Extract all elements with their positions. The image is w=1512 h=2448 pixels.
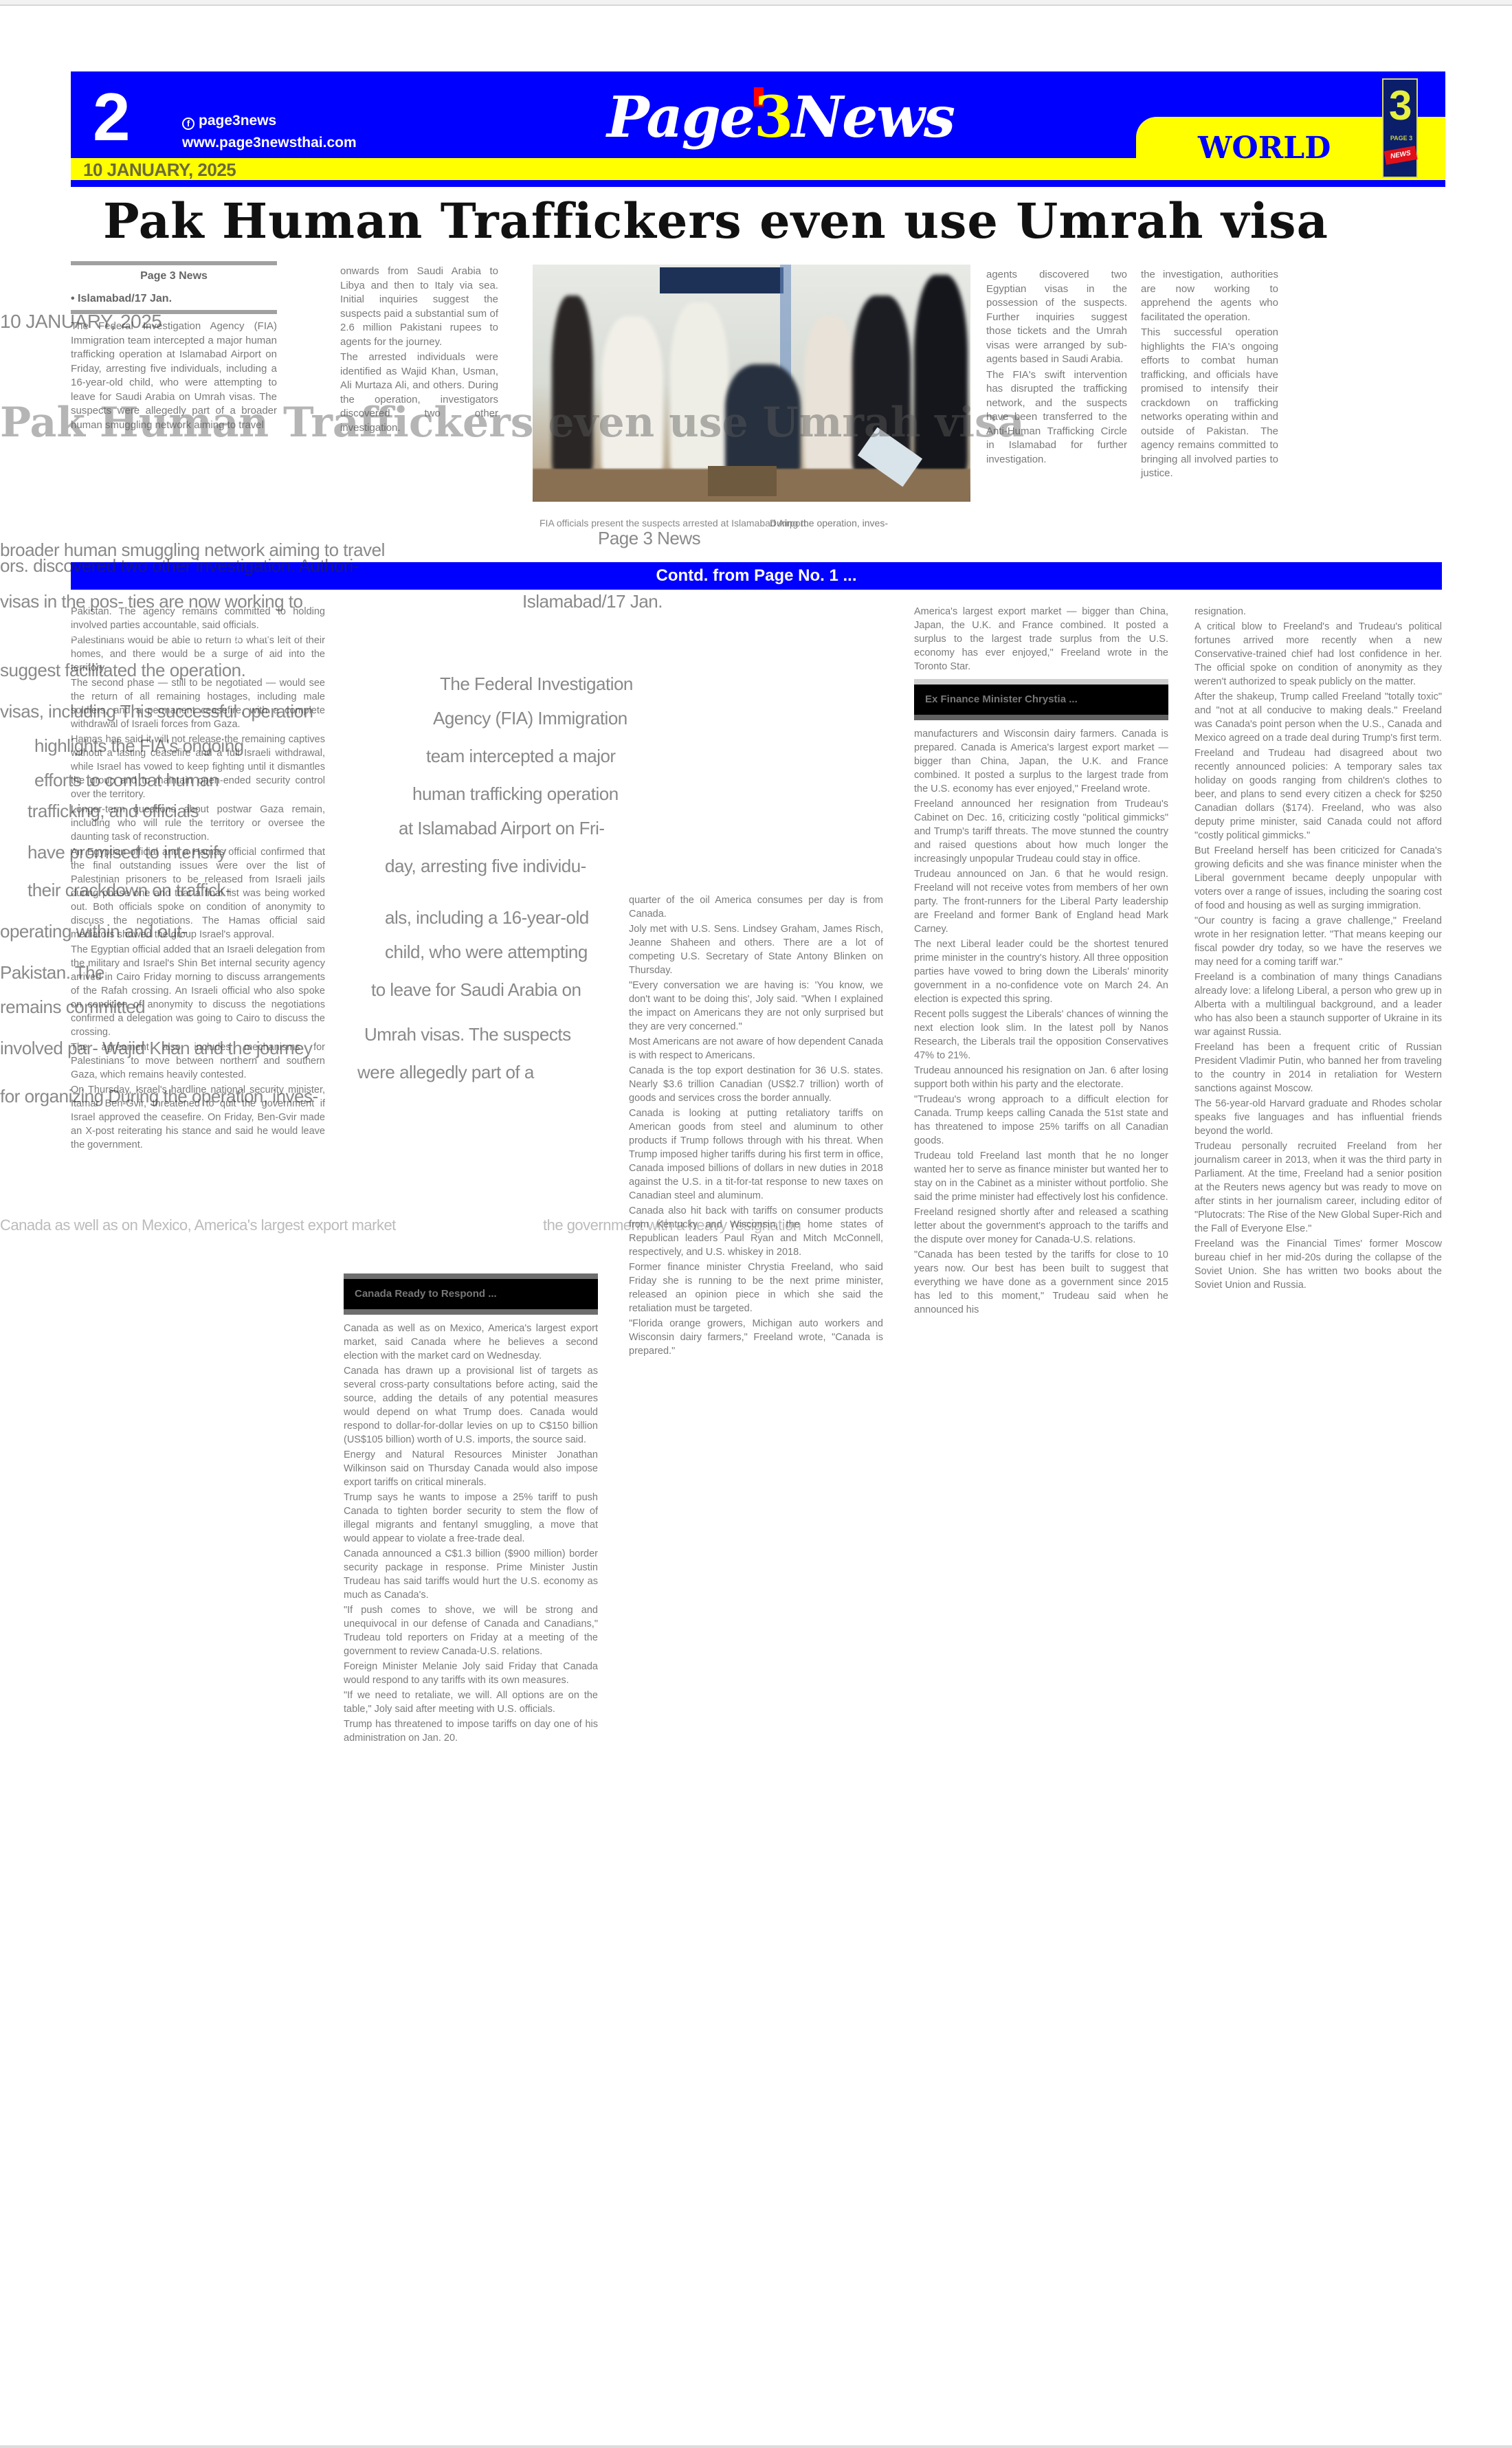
continued-column-3: quarter of the oil America consumes per … [629, 893, 883, 1359]
paragraph: Energy and Natural Resources Minister Jo… [344, 1448, 598, 1489]
main-headline: Pak Human Traffickers even use Umrah vis… [103, 194, 1409, 249]
paragraph: Trump says he wants to impose a 25% tari… [344, 1491, 598, 1546]
article-column-4: the investigation, authorities are now w… [1141, 268, 1278, 482]
newspaper-page: 2 fpage3news www.page3newsthai.com 10 JA… [0, 0, 1512, 2448]
paragraph: Trudeau announced his resignation on Jan… [914, 1064, 1168, 1091]
byline: Page 3 News • Islamabad/17 Jan. [71, 261, 277, 314]
paragraph: "If push comes to shove, we will be stro… [344, 1603, 598, 1658]
scan-ghost-line: Canada as well as on Mexico, America's l… [0, 1216, 396, 1234]
paragraph: Joly met with U.S. Sens. Lindsey Graham,… [629, 922, 883, 977]
scan-ghost-line: broader human smuggling network aiming t… [0, 539, 385, 561]
paragraph: Recent polls suggest the Liberals' chanc… [914, 1008, 1168, 1062]
masthead: 2 fpage3news www.page3newsthai.com 10 JA… [71, 71, 1445, 187]
paragraph: Canada is looking at putting retaliatory… [629, 1106, 883, 1203]
continued-column-1: Pakistan. The agency remains committed t… [71, 605, 325, 1153]
paragraph: resignation. [1194, 605, 1442, 619]
paragraph: On Thursday, Israel's hardline national … [71, 1083, 325, 1152]
paragraph: The arrested individuals were identified… [340, 350, 498, 435]
paragraph: But Freeland herself has been criticized… [1194, 844, 1442, 913]
article-column-2: onwards from Saudi Arabia to Libya and t… [340, 265, 498, 436]
facebook-handle: page3news [199, 113, 276, 129]
paragraph: Most Americans are not aware of how depe… [629, 1035, 883, 1062]
byline-dateline: • Islamabad/17 Jan. [71, 292, 277, 307]
masthead-bottom-band [71, 180, 1445, 187]
photo-person [601, 316, 663, 474]
corner-logo-caption: PAGE 3 [1385, 135, 1418, 142]
paragraph: "Florida orange growers, Michigan auto w… [629, 1317, 883, 1358]
paragraph: This successful operation highlights the… [1141, 326, 1278, 481]
paragraph: Former finance minister Chrystia Freelan… [629, 1260, 883, 1315]
photo-person [804, 316, 856, 474]
paragraph: After the shakeup, Trump called Freeland… [1194, 690, 1442, 745]
paragraph: Freeland and Trudeau had disagreed about… [1194, 746, 1442, 843]
paragraph: Trudeau told Freeland last month that he… [914, 1149, 1168, 1204]
social-links: fpage3news www.page3newsthai.com [182, 110, 357, 154]
paragraph: Pakistan. The agency remains committed t… [71, 605, 325, 632]
paragraph: The 56-year-old Harvard graduate and Rho… [1194, 1097, 1442, 1138]
article-column-3: agents discovered two Egyptian visas in … [986, 268, 1127, 468]
paragraph: The second phase — still to be negotiate… [71, 676, 325, 731]
photo-person-seated [725, 364, 801, 474]
paragraph: Freeland was the Financial Times' former… [1194, 1237, 1442, 1292]
article-column-1: Page 3 News • Islamabad/17 Jan. The Fede… [71, 261, 277, 434]
paragraph: The next Liberal leader could be the sho… [914, 937, 1168, 1006]
website-link[interactable]: www.page3newsthai.com [182, 132, 357, 154]
paragraph: Freeland has been a frequent critic of R… [1194, 1041, 1442, 1095]
section-label: WORLD [1198, 117, 1331, 180]
news-photo [533, 265, 970, 502]
photo-backdrop-banner [660, 267, 783, 293]
facebook-link[interactable]: fpage3news [182, 110, 357, 132]
photo-person [552, 296, 593, 474]
paragraph: onwards from Saudi Arabia to Libya and t… [340, 265, 498, 349]
paragraph: The agreement also includes mechanisms f… [71, 1041, 325, 1082]
paragraph: America's largest export market — bigger… [914, 605, 1168, 674]
byline-source: Page 3 News [71, 269, 277, 284]
paragraph: Canada is the top export destination for… [629, 1064, 883, 1105]
paragraph: Trudeau personally recruited Freeland fr… [1194, 1139, 1442, 1236]
paragraph: The Egyptian official added that an Isra… [71, 943, 325, 1039]
paragraph: Canada has drawn up a provisional list o… [344, 1364, 598, 1447]
continued-column-5: resignation. A critical blow to Freeland… [1194, 605, 1442, 1293]
scan-ghost-line: Page 3 News [598, 528, 700, 549]
brand-word-news: News [792, 85, 954, 151]
bottom-border [0, 2445, 1512, 2448]
caption-text: FIA officials present the suspects arres… [540, 518, 809, 528]
subhead-canada-ready: Canada Ready to Respond ... [344, 1273, 598, 1315]
paragraph: "Every conversation we are having is: 'Y… [629, 979, 883, 1034]
paragraph: Freeland is a combination of many things… [1194, 970, 1442, 1039]
subhead-ex-finance-minister: Ex Finance Minister Chrystia ... [914, 679, 1168, 720]
paragraph: An Egyptian official and a Hamas officia… [71, 845, 325, 942]
top-border [0, 0, 1512, 5]
photo-person [670, 302, 729, 474]
issue-date: 10 JANUARY, 2025 [83, 159, 236, 181]
paragraph: The Federal Investigation Agency (FIA) I… [71, 320, 277, 432]
paragraph: Foreign Minister Melanie Joly said Frida… [344, 1660, 598, 1687]
paragraph: Canada announced a C$1.3 billion ($900 m… [344, 1547, 598, 1602]
photo-laptop [708, 466, 777, 496]
photo-officer [914, 275, 968, 474]
paragraph: The FIA's swift intervention has disrupt… [986, 368, 1127, 467]
corner-logo-numeral: 3 [1389, 84, 1412, 128]
paragraph: Freeland resigned shortly after and rele… [914, 1205, 1168, 1247]
brand-numeral: 3 [754, 85, 792, 151]
corner-logo-news-badge: NEWS [1384, 146, 1418, 165]
facebook-icon: f [182, 118, 194, 130]
paragraph: Canada also hit back with tariffs on con… [629, 1204, 883, 1259]
paragraph: "If we need to retaliate, we will. All o… [344, 1689, 598, 1716]
paragraph: During the operation, inves- [770, 517, 969, 529]
paragraph: manufacturers and Wisconsin dairy farmer… [914, 727, 1168, 796]
paragraph: Freeland announced her resignation from … [914, 797, 1168, 866]
brand-logo: Page3News [607, 80, 954, 155]
continued-column-4: America's largest export market — bigger… [914, 605, 1168, 1318]
paragraph: Trudeau announced on Jan. 6 that he woul… [914, 867, 1168, 936]
paragraph: the investigation, authorities are now w… [1141, 268, 1278, 324]
corner-logo: 3 PAGE 3 NEWS [1382, 78, 1418, 178]
paragraph: quarter of the oil America consumes per … [629, 893, 883, 921]
paragraph: agents discovered two Egyptian visas in … [986, 268, 1127, 367]
paragraph: Palestinians would be able to return to … [71, 634, 325, 675]
continued-banner: Contd. from Page No. 1 ... [71, 562, 1442, 590]
paragraph: Canada as well as on Mexico, America's l… [344, 1322, 598, 1363]
paragraph: A critical blow to Freeland's and Trudea… [1194, 620, 1442, 689]
paragraph: "Trudeau's wrong approach to a difficult… [914, 1093, 1168, 1148]
paragraph: Hamas has said it will not release the r… [71, 733, 325, 801]
brand-word-page: Page [607, 85, 754, 151]
caption-continuation: During the operation, inves- [770, 517, 969, 531]
paragraph: Trump has threatened to impose tariffs o… [344, 1717, 598, 1745]
paragraph: "Canada has been tested by the tariffs f… [914, 1248, 1168, 1317]
paragraph: "Our country is facing a grave challenge… [1194, 914, 1442, 969]
continued-column-2: Canada Ready to Respond ... Canada as we… [344, 605, 598, 1746]
column-upper-spacer [344, 605, 598, 1268]
page-number: 2 [93, 82, 131, 151]
paragraph: Longer-term questions about postwar Gaza… [71, 803, 325, 844]
